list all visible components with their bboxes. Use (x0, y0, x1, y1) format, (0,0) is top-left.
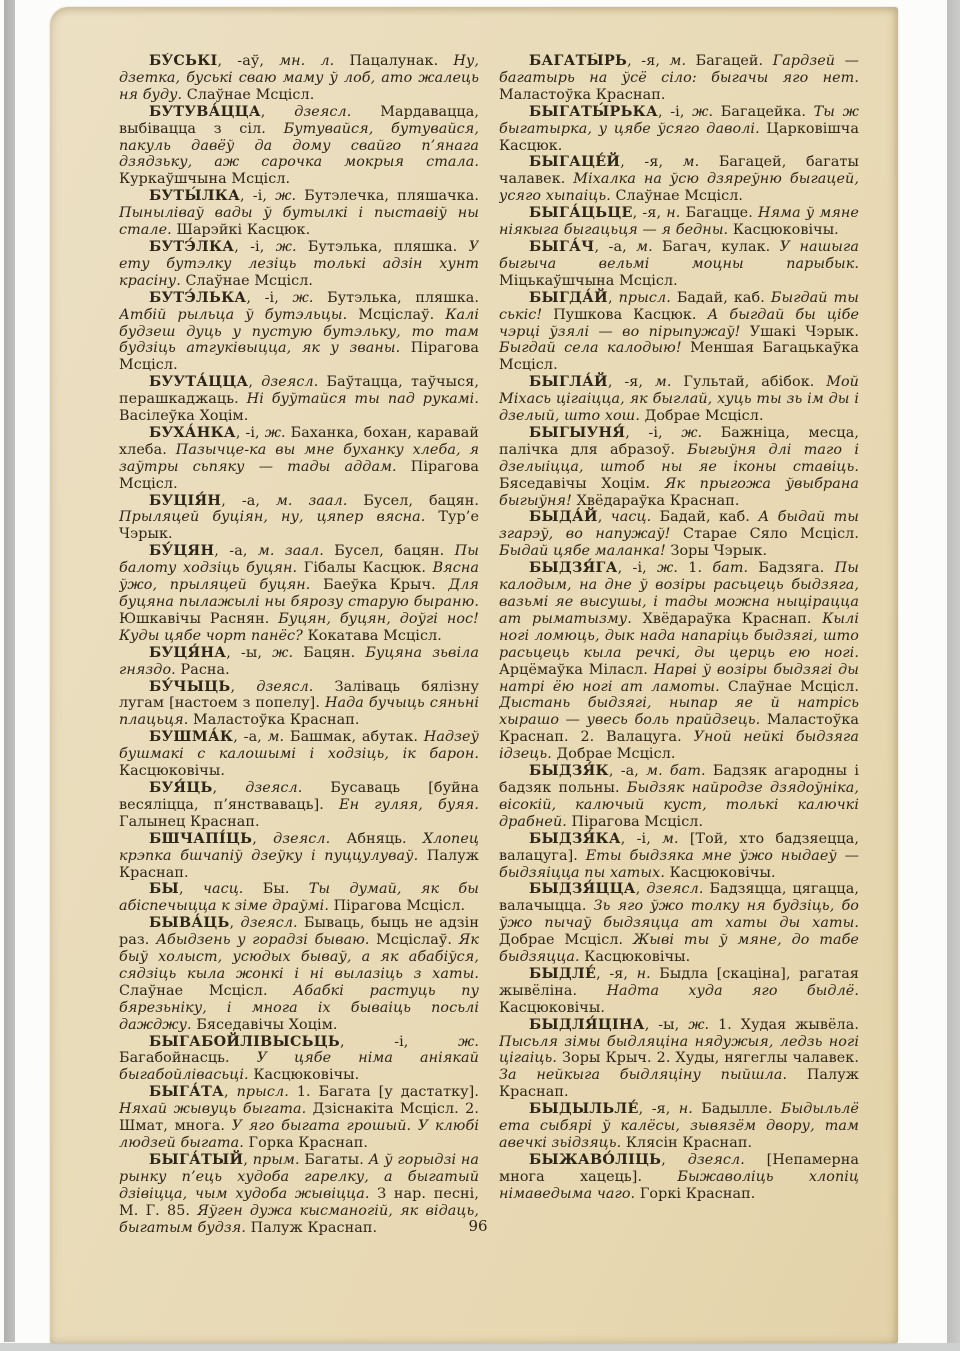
headword: БЫГЛА́Й (529, 374, 608, 390)
entry-text: Башмак, абутак. (284, 729, 424, 745)
dictionary-entry: БУХА́НКА, -і, ж. Баханка, бохан, каравай… (119, 425, 479, 493)
headword: БУ́ЧЫЦЬ (149, 679, 230, 695)
dictionary-entry: БЫГА́ТЫЙ, прым. Багаты. А ў горыдзі на р… (119, 1152, 479, 1237)
entry-italic-text: дзеясл. (261, 374, 318, 390)
entry-text: Бадзяга. (748, 560, 835, 576)
entry-italic-text: м. (662, 831, 679, 847)
dictionary-entry: БЫГЫУНЯ́, -і, ж. Бажніца, месца, палічка… (499, 425, 859, 510)
entry-text: , -я, (596, 966, 636, 982)
dictionary-entry: БЫДЗЯ́КА, -і, м. [Той, хто бадзяецца, ва… (499, 831, 859, 882)
entry-italic-text: м. (670, 53, 687, 69)
entry-text: , -і, (618, 560, 657, 576)
entry-text: , -і, (340, 1034, 458, 1050)
entry-text: Бусел, бацян. (324, 543, 455, 559)
headword: БУТУВА́ЦЦА (149, 104, 261, 120)
entry-italic-text: м. заал. (258, 543, 324, 559)
entry-text: Абняць. (330, 831, 423, 847)
entry-italic-text: дзеясл. (241, 915, 298, 931)
entry-italic-text: дзеясл. (294, 104, 351, 120)
headword: БУХА́НКА (149, 425, 236, 441)
entry-text: , (261, 104, 294, 120)
entry-italic-text: прысл. (237, 1084, 289, 1100)
entry-text: 1. (678, 560, 712, 576)
headword: БУЦІЯ́Н (149, 493, 221, 509)
entry-text: , -і, (236, 425, 265, 441)
entry-italic-text: Быгдай села калодыю! (499, 340, 682, 356)
headword: БУЯ́ЦЬ (149, 780, 213, 796)
dictionary-entry: БУШМА́К, -а, м. Башмак, абутак. Надзеў б… (119, 729, 479, 780)
headword: БУ́ЦЯН (149, 543, 214, 559)
page-number: 96 (448, 1217, 508, 1235)
entry-italic-text: Абыдзень у горадзі бываю. (156, 932, 369, 948)
entry-text: Горкі Краснап. (635, 1186, 755, 1202)
column-right: БАГАТЫ́РЬ, -я, м. Багацей. Гардзей — баг… (499, 53, 859, 1259)
entry-text: Добрае Мсцісл. (552, 746, 676, 762)
entry-text: Пушкова Касцюк. (542, 307, 707, 323)
entry-text: Бутэлечка, пляшачка. (296, 188, 479, 204)
dictionary-entry: БЫДЗЯ́ЦЦА, дзеясл. Бадзяцца, цягацца, ва… (499, 881, 859, 966)
entry-text: Касцюковічы. (499, 1000, 605, 1016)
entry-text: , (661, 1152, 687, 1168)
headword: БЫГА́ТА (149, 1084, 224, 1100)
entry-text: Касцюковічы. (249, 1067, 360, 1083)
headword: БЫДЛЯ́ЦІНА (529, 1017, 645, 1033)
entry-text: Бацян. (293, 645, 365, 661)
entry-text: , -я, (620, 154, 682, 170)
dictionary-entry: БЫГДА́Й, прысл. Бадай, каб. Быгдай ты сь… (499, 290, 859, 375)
entry-text: Бяседавічы Хоцім. (192, 1017, 338, 1033)
entry-italic-text: м. (655, 374, 672, 390)
headword: БЫДЗЯ́ГА (529, 560, 618, 576)
entry-italic-text: ж. (293, 290, 314, 306)
dictionary-entry: БУЦЯ́НА, -ы, ж. Бацян. Буцяна зьвіла гня… (119, 645, 479, 679)
dictionary-entry: БУ́СЬКІ, -аў, мн. л. Пацалунак. Ну, дзет… (119, 53, 479, 104)
entry-text: , -я, (627, 53, 669, 69)
entry-text: Касцюковічы. (119, 763, 225, 779)
headword: БЫДЗЯ́К (529, 763, 609, 779)
entry-italic-text: н. (679, 1101, 693, 1117)
entry-text: Бы. (243, 881, 308, 897)
entry-text: , (252, 831, 273, 847)
entry-text: Гібалы Касцюк. (297, 560, 432, 576)
dictionary-entry: БЫГА́Ч, -а, м. Багач, кулак. У нашыга бы… (499, 239, 859, 290)
entry-text: Багаты. (300, 1152, 369, 1168)
entry-italic-text: дзеясл. (256, 679, 313, 695)
dictionary-text-block: БУ́СЬКІ, -аў, мн. л. Пацалунак. Ну, дзет… (119, 53, 859, 1259)
dictionary-entry: БЫГАБОЙЛІВЫСЬЦЬ, -і, ж. Багабойнасць. У … (119, 1034, 479, 1085)
entry-italic-text: ж. (272, 645, 293, 661)
entry-italic-text: часц. (611, 509, 651, 525)
dictionary-entry: БУТЫ́ЛКА, -і, ж. Бутэлечка, пляшачка. Пы… (119, 188, 479, 239)
dictionary-entry: БЫДЛЯ́ЦІНА, -ы, ж. 1. Худая жывёла. Пысь… (499, 1017, 859, 1102)
entry-text: , -ы, (226, 645, 272, 661)
entry-italic-text: м. (683, 154, 700, 170)
dictionary-entry: БУТЭ́ЛКА, -і, ж. Бутэлька, пляшка. У ету… (119, 239, 479, 290)
entry-text: Клясін Краснап. (621, 1135, 752, 1151)
headword: БЫГА́ТЫЙ (149, 1152, 243, 1168)
entry-italic-text: прысл. (619, 290, 671, 306)
entry-text: , (213, 780, 246, 796)
headword: БЫДЗЯ́ЦЦА (529, 881, 636, 897)
entry-text: Баеўка Крыч. (310, 577, 448, 593)
entry-text: Касцюковічы. (728, 222, 839, 238)
entry-italic-text: ж. (681, 425, 702, 441)
entry-italic-text: мн. л. (279, 53, 334, 69)
entry-text: Слаўнае Мсцісл. (720, 679, 859, 695)
entry-text: Слаўнае Мсцісл. (611, 188, 743, 204)
entry-text: , -а, (214, 543, 258, 559)
entry-italic-text: Быдай цябе маланка! (499, 543, 666, 559)
entry-italic-text: ж. (276, 239, 297, 255)
entry-italic-text: м. бат. (646, 763, 706, 779)
entry-italic-text: дзеясл. (245, 780, 302, 796)
entry-text: , -ы, (645, 1017, 688, 1033)
entry-italic-text: дзеясл. (688, 1152, 745, 1168)
dictionary-entry: БЫЖАВО́ЛІЦЬ, дзеясл. [Непамерна многа ха… (499, 1152, 859, 1203)
entry-text: , -аў, (218, 53, 280, 69)
headword: БАГАТЫ́РЬ (529, 53, 627, 69)
entry-text: , (598, 509, 611, 525)
entry-text: Бадай, каб. (651, 509, 758, 525)
entry-text: , (230, 679, 256, 695)
entry-text: , -і, (658, 104, 692, 120)
entry-italic-text: ж. (688, 1017, 709, 1033)
headword: БУТЭ́ЛКА (149, 239, 234, 255)
entry-text: Бутэлька, пляшка. (314, 290, 480, 306)
headword: БШЧАПІ́ЦЬ (149, 831, 252, 847)
entry-italic-text: бат. (712, 560, 748, 576)
entry-text: Касцюковічы. (580, 949, 691, 965)
headword: БЫГЫУНЯ́ (529, 425, 625, 441)
entry-text: 1. Худая жывёла. (709, 1017, 859, 1033)
entry-text: , -я, (633, 205, 667, 221)
entry-text: 1. Багата [у дастатку]. (289, 1084, 479, 1100)
entry-text: Бусел, бацян. (348, 493, 480, 509)
dictionary-entry: БУУТА́ЦЦА, дзеясл. Баўтацца, таўчыся, пе… (119, 374, 479, 425)
headword: БУЦЯ́НА (149, 645, 226, 661)
entry-text: Маластоўка Краснап. (188, 712, 359, 728)
entry-text: Шарэйкі Касцюк. (172, 222, 310, 238)
entry-text: , -і, (240, 188, 275, 204)
entry-italic-text: ж. (265, 425, 286, 441)
headword: БЫДА́Й (529, 509, 598, 525)
entry-italic-text: дзеясл. (273, 831, 330, 847)
dictionary-entry: БЫДЛЕ́, -я, н. Быдла [скаціна], рагатая … (499, 966, 859, 1017)
headword: БЫВА́ЦЬ (149, 915, 230, 931)
dictionary-entry: БЫДА́Й, часц. Бадай, каб. А быдай ты зга… (499, 509, 859, 560)
entry-text: Расна. (176, 662, 230, 678)
entry-text: Арцёмаўка Міласл. (499, 662, 654, 678)
headword: БЫДЛЕ́ (529, 966, 596, 982)
entry-text: , -а, (609, 763, 646, 779)
entry-text: Гультай, абібок. (672, 374, 827, 390)
headword: БУ́СЬКІ (149, 53, 218, 69)
entry-text: Ушакі Чэрык. (741, 324, 859, 340)
dictionary-entry: БЫГА́ЦЬЦЕ, -я, н. Багацце. Няма ў мяне н… (499, 205, 859, 239)
entry-italic-text: Ні буўтайся ты пад рукамі. (247, 391, 479, 407)
entry-text: Юшкавічы Раснян. (119, 611, 278, 627)
headword: БУТЭ́ЛЬКА (149, 290, 246, 306)
dictionary-entry: БЫ, часц. Бы. Ты думай, як бы абіспечыцц… (119, 881, 479, 915)
entry-text: Бутэлька, пляшка. (297, 239, 469, 255)
entry-text: Бадай, каб. (671, 290, 771, 306)
entry-text: , -і, (621, 831, 662, 847)
entry-text: Багацей. (686, 53, 773, 69)
dictionary-entry: БУЦІЯ́Н, -а, м. заал. Бусел, бацян. Прыл… (119, 493, 479, 544)
scan-edge-left (4, 0, 15, 1342)
headword: БЫДЗЯ́КА (529, 831, 621, 847)
entry-text: Бяседавічы Хоцім. (499, 476, 665, 492)
entry-text: , (248, 374, 261, 390)
entry-text: Мсціслаў. (347, 307, 445, 323)
entry-text: , -я, (639, 1101, 679, 1117)
entry-text: Зоры Чэрык. (666, 543, 767, 559)
entry-italic-text: За нейкыга быдляціну пыйшла. (499, 1067, 787, 1083)
entry-italic-text: прым. (253, 1152, 300, 1168)
headword: БЫГДА́Й (529, 290, 608, 306)
entry-italic-text: ж. (458, 1034, 479, 1050)
dictionary-entry: БЫГА́ТА, прысл. 1. Багата [у дастатку]. … (119, 1084, 479, 1152)
entry-text: , (179, 881, 203, 897)
entry-italic-text: ж. (692, 104, 713, 120)
headword: БЫГАЦЕ́Й (529, 154, 620, 170)
entry-italic-text: ж. (657, 560, 678, 576)
entry-text: Слаўнае Мсцісл. (182, 87, 314, 103)
entry-text: , -а, (221, 493, 276, 509)
entry-text: Багацейка. (713, 104, 814, 120)
entry-italic-text: Атбій рыльца ў бутэльцы. (119, 307, 347, 323)
dictionary-entry: БЫДЗЯ́К, -а, м. бат. Бадзяк агародны і б… (499, 763, 859, 831)
entry-text: Хвёдараўка Краснап. (632, 611, 822, 627)
dictionary-entry: БЫДЫЛЬЛЕ́, -я, н. Бадылле. Быдыльлё ета … (499, 1101, 859, 1152)
headword: БЫДЫЛЬЛЕ́ (529, 1101, 639, 1117)
dictionary-entry: БЫГЛА́Й, -я, м. Гультай, абібок. Мой Міх… (499, 374, 859, 425)
scan-edge-bottom (0, 1343, 960, 1351)
entry-text: Добрае Мсцісл. (640, 408, 764, 424)
entry-italic-text: м. (636, 239, 653, 255)
entry-text: Куркаўшчына Мсцісл. (119, 171, 290, 187)
dictionary-entry: БЫГАЦЕ́Й, -я, м. Багацей, багаты чалавек… (499, 154, 859, 205)
entry-text: Пірагова Мсцісл. (567, 814, 703, 830)
headword: БУШМА́К (149, 729, 233, 745)
entry-italic-text: м. (268, 729, 285, 745)
dictionary-entry: БУТУВА́ЦЦА, дзеясл. Мардавацца, выбівацц… (119, 104, 479, 189)
entry-text: Хвёдараўка Краснап. (572, 493, 740, 509)
entry-italic-text: м. заал. (276, 493, 348, 509)
entry-text: Пацалунак. (334, 53, 453, 69)
headword: БЫГА́Ч (529, 239, 594, 255)
column-left: БУ́СЬКІ, -аў, мн. л. Пацалунак. Ну, дзет… (119, 53, 479, 1259)
entry-text: Маластоўка Краснап. (499, 87, 665, 103)
entry-text: Мсціслаў. (370, 932, 459, 948)
headword: БУУТА́ЦЦА (149, 374, 248, 390)
entry-text: Зоры Крыч. 2. Худы, нягеглы чалавек. (557, 1050, 859, 1066)
headword: БЫГАБОЙЛІВЫСЬЦЬ (149, 1034, 340, 1050)
headword: БЫЖАВО́ЛІЦЬ (529, 1152, 661, 1168)
entry-text: Пірагова Мсцісл. (329, 898, 465, 914)
dictionary-entry: БУЯ́ЦЬ, дзеясл. Бусаваць [буйна весяліцц… (119, 780, 479, 831)
entry-text: , -і, (234, 239, 275, 255)
entry-text: Горка Краснап. (244, 1135, 368, 1151)
entry-italic-text: часц. (203, 881, 243, 897)
dictionary-entry: БУТЭ́ЛЬКА, -і, ж. Бутэлька, пляшка. Атбі… (119, 290, 479, 375)
entry-italic-text: н. (637, 966, 651, 982)
dictionary-entry: БЫГАТЫ́РЬКА, -і, ж. Багацейка. Ты ж быга… (499, 104, 859, 155)
dictionary-entry: БУ́ЧЫЦЬ, дзеясл. Заліваць бялізну лугам … (119, 679, 479, 730)
entry-italic-text: ж. (275, 188, 296, 204)
entry-text: , (636, 881, 647, 897)
entry-text: Багач, кулак. (653, 239, 780, 255)
entry-italic-text: дзеясл. (646, 881, 703, 897)
entry-text: , -і, (246, 290, 292, 306)
entry-text: Добрае Мсцісл. (499, 932, 633, 948)
entry-text: Васілеўка Хоцім. (119, 408, 248, 424)
headword: БУТЫ́ЛКА (149, 188, 240, 204)
entry-text: Старае Сяло Мсцісл. (671, 526, 860, 542)
entry-italic-text: н. (666, 205, 680, 221)
entry-text: Галынец Краснап. (119, 814, 260, 830)
headword: БЫГАТЫ́РЬКА (529, 104, 658, 120)
entry-text: , (230, 915, 241, 931)
entry-text: Касцюковічы. (665, 865, 776, 881)
entry-italic-text: Ен гуляя, буяя. (339, 797, 479, 813)
entry-text: , (224, 1084, 237, 1100)
scan-edge-right (947, 0, 960, 1351)
dictionary-entry: БЫВА́ЦЬ, дзеясл. Бываць, быць не адзін р… (119, 915, 479, 1033)
entry-text: , -а, (233, 729, 267, 745)
dictionary-entry: БЫДЗЯ́ГА, -і, ж. 1. бат. Бадзяга. Пы кал… (499, 560, 859, 763)
entry-text: Палуж Краснап. (246, 1220, 377, 1236)
dictionary-entry: БУ́ЦЯН, -а, м. заал. Бусел, бацян. Пы ба… (119, 543, 479, 644)
entry-text: Багабойнасць. (119, 1050, 257, 1066)
entry-text: , -я, (608, 374, 655, 390)
entry-text: Багацце. (680, 205, 758, 221)
entry-text: , -і, (625, 425, 681, 441)
entry-text: , (243, 1152, 252, 1168)
paper-page: БУ́СЬКІ, -аў, мн. л. Пацалунак. Ну, дзет… (50, 7, 898, 1343)
dictionary-entry: БАГАТЫ́РЬ, -я, м. Багацей. Гардзей — баг… (499, 53, 859, 104)
entry-text: Міцькаўшчына Мсцісл. (499, 273, 678, 289)
headword: БЫГА́ЦЬЦЕ (529, 205, 633, 221)
entry-text: , -а, (594, 239, 636, 255)
headword: БЫ (149, 881, 179, 897)
entry-text: Слаўнае Мсцісл. (119, 983, 293, 999)
entry-text: Слаўнае Мсцісл. (181, 273, 313, 289)
entry-text: Бадылле. (693, 1101, 781, 1117)
entry-italic-text: Надта худа яго быдлё. (606, 983, 859, 999)
entry-italic-text: Прыляцей буціян, ну, цяпер вясна. (119, 509, 425, 525)
entry-italic-text: Няхай жывуць быгата. (119, 1101, 306, 1117)
entry-text: , (608, 290, 619, 306)
entry-text: Кокатава Мсцісл. (303, 628, 442, 644)
dictionary-entry: БШЧАПІ́ЦЬ, дзеясл. Абняць. Хлопец крэпка… (119, 831, 479, 882)
